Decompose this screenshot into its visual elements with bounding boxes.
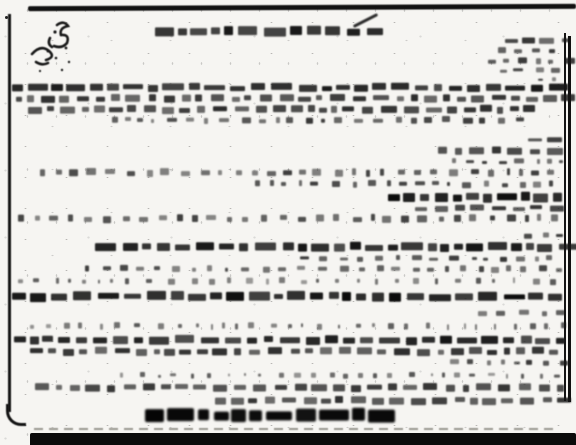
word-blob: [288, 324, 292, 328]
word-blob: [464, 107, 475, 112]
word-blob: [520, 266, 527, 272]
word-blob: [440, 336, 452, 345]
word-blob: [207, 373, 211, 377]
word-blob: [311, 244, 329, 251]
word-blob: [492, 279, 495, 283]
word-blob: [16, 96, 22, 102]
word-blob: [526, 360, 532, 365]
word-blob: [430, 169, 437, 175]
word-blob: [120, 265, 128, 271]
word-blob: [332, 181, 339, 187]
word-blob: [455, 148, 462, 155]
word-blob: [297, 266, 306, 270]
word-blob: [528, 138, 542, 141]
word-blob: [244, 373, 246, 377]
word-blob: [479, 266, 483, 272]
word-blob: [316, 95, 323, 100]
word-blob: [318, 267, 327, 271]
word-blob: [449, 256, 458, 261]
word-blob: [287, 291, 305, 300]
word-blob: [488, 170, 494, 177]
word-blob: [382, 216, 391, 224]
word-blob: [192, 279, 198, 284]
word-blob: [147, 291, 166, 299]
word-blob: [47, 106, 54, 111]
word-blob: [264, 27, 286, 37]
word-blob: [525, 215, 529, 222]
word-blob: [530, 323, 536, 329]
word-blob: [30, 293, 47, 303]
word-blob: [311, 385, 327, 391]
word-blob: [296, 409, 316, 422]
word-blob: [483, 258, 488, 261]
word-blob: [84, 217, 92, 222]
word-blob: [357, 347, 372, 355]
word-blob: [334, 243, 345, 252]
word-blob: [301, 280, 307, 284]
word-blob: [181, 171, 190, 176]
word-blob: [212, 348, 227, 355]
word-blob: [543, 95, 557, 103]
word-blob: [295, 384, 307, 390]
word-blob: [521, 374, 524, 379]
word-blob: [371, 214, 375, 220]
word-blob: [79, 349, 87, 355]
word-blob: [434, 84, 442, 91]
word-blob: [540, 374, 542, 379]
word-blob: [219, 118, 229, 122]
word-blob: [427, 267, 434, 272]
word-blob: [76, 337, 87, 343]
word-blob: [391, 267, 400, 271]
word-blob: [66, 84, 85, 90]
letterhead-line: [498, 48, 566, 54]
word-blob: [248, 398, 257, 404]
word-blob: [449, 86, 462, 91]
word-blob: [548, 294, 562, 301]
word-blob: [445, 266, 449, 272]
word-blob: [506, 373, 508, 378]
word-blob: [98, 279, 101, 283]
word-blob: [494, 324, 496, 330]
word-blob: [556, 268, 562, 272]
word-blob: [109, 107, 123, 113]
word-blob: [507, 215, 516, 221]
text-line: [30, 348, 556, 355]
word-blob: [162, 107, 174, 114]
word-blob: [179, 350, 191, 355]
word-blob: [311, 373, 316, 378]
word-blob: [312, 169, 321, 176]
word-blob: [56, 385, 62, 391]
word-blob: [543, 232, 549, 237]
word-blob: [426, 107, 442, 112]
word-blob: [342, 106, 354, 112]
word-blob: [191, 374, 194, 379]
word-blob: [279, 373, 284, 378]
signature-script-line: [145, 409, 390, 422]
word-blob: [455, 293, 473, 300]
word-blob: [373, 374, 378, 378]
word-blob: [353, 96, 366, 102]
word-blob: [403, 384, 417, 390]
word-blob: [549, 49, 555, 53]
word-blob: [196, 323, 199, 327]
word-blob: [414, 170, 422, 176]
word-blob: [273, 105, 286, 112]
word-blob: [275, 384, 288, 390]
word-blob: [544, 323, 547, 329]
word-blob: [70, 385, 80, 391]
word-blob: [305, 348, 313, 353]
word-blob: [514, 49, 523, 53]
word-blob: [556, 338, 565, 344]
text-line: [35, 384, 565, 391]
word-blob: [359, 267, 365, 271]
word-blob: [368, 180, 376, 185]
word-blob: [449, 169, 459, 176]
word-blob: [360, 337, 373, 344]
word-blob: [435, 206, 448, 212]
word-blob: [125, 95, 140, 102]
word-blob: [159, 215, 167, 220]
word-blob: [546, 255, 552, 260]
word-blob: [171, 291, 184, 300]
word-blob: [136, 349, 147, 355]
word-blob: [519, 169, 523, 176]
word-blob: [455, 205, 465, 211]
word-blob: [274, 294, 283, 300]
word-blob: [488, 372, 495, 376]
word-blob: [503, 337, 514, 344]
word-blob: [492, 95, 507, 100]
word-blob: [397, 96, 404, 101]
word-blob: [246, 278, 252, 284]
word-blob: [471, 169, 479, 174]
word-blob: [469, 347, 481, 353]
word-blob: [211, 28, 220, 35]
word-blob: [389, 293, 401, 302]
word-blob: [253, 384, 266, 392]
word-blob: [409, 372, 415, 377]
word-blob: [35, 383, 49, 390]
word-blob: [230, 86, 244, 92]
word-blob: [259, 119, 266, 123]
word-blob: [93, 338, 107, 344]
word-blob: [134, 323, 141, 328]
word-blob: [161, 384, 171, 389]
word-blob: [415, 207, 427, 212]
word-blob: [531, 84, 544, 92]
word-blob: [190, 28, 206, 35]
word-blob: [256, 106, 267, 112]
text-line: [215, 397, 561, 404]
word-blob: [151, 119, 154, 123]
word-blob: [227, 217, 232, 222]
word-blob: [373, 119, 383, 123]
word-blob: [167, 118, 177, 122]
word-blob: [100, 324, 104, 329]
word-blob: [125, 278, 129, 284]
word-blob: [278, 267, 286, 272]
text-line: [16, 95, 568, 102]
word-blob: [231, 397, 244, 405]
word-blob: [175, 245, 191, 250]
word-blob: [113, 336, 128, 343]
word-blob: [59, 96, 69, 102]
word-blob: [543, 397, 552, 403]
word-blob: [255, 180, 260, 186]
word-blob: [365, 245, 383, 252]
scan-artifact-dot: [5, 16, 8, 19]
word-blob: [516, 117, 525, 121]
word-blob: [316, 215, 324, 221]
word-blob: [516, 256, 524, 261]
word-blob: [94, 105, 105, 112]
word-blob: [290, 26, 302, 34]
word-blob: [42, 335, 54, 342]
text-line: [478, 311, 568, 316]
word-blob: [333, 214, 340, 222]
word-blob: [35, 215, 40, 221]
text-line: [14, 336, 570, 344]
word-blob: [214, 411, 228, 420]
word-blob: [265, 397, 275, 404]
header-script-line: [155, 27, 371, 36]
letterhead-line: [488, 58, 568, 64]
word-blob: [111, 94, 120, 101]
word-blob: [422, 336, 435, 343]
word-blob: [549, 84, 568, 90]
word-blob: [209, 279, 215, 284]
word-blob: [90, 84, 104, 90]
word-blob: [279, 277, 285, 282]
text-line: [255, 181, 561, 187]
word-blob: [467, 359, 474, 364]
text-line: [415, 205, 565, 211]
word-blob: [520, 398, 534, 405]
word-blob: [537, 244, 552, 252]
word-blob: [280, 338, 301, 343]
word-blob: [198, 410, 209, 421]
word-blob: [375, 255, 383, 260]
word-blob: [490, 215, 496, 220]
word-blob: [68, 279, 71, 284]
word-blob: [504, 294, 525, 300]
word-blob: [251, 83, 264, 90]
word-blob: [291, 349, 300, 354]
word-blob: [533, 182, 541, 187]
word-blob: [270, 180, 274, 185]
word-blob: [466, 193, 479, 200]
word-blob: [56, 278, 59, 283]
word-blob: [281, 182, 285, 186]
word-blob: [497, 193, 517, 200]
word-blob: [146, 279, 152, 284]
word-blob: [476, 278, 481, 283]
word-blob: [342, 292, 351, 301]
word-blob: [513, 277, 515, 283]
word-blob: [471, 96, 484, 102]
word-blob: [249, 350, 260, 355]
word-blob: [206, 215, 216, 221]
word-blob: [41, 96, 55, 103]
word-blob: [501, 359, 505, 364]
word-blob: [486, 84, 501, 90]
word-blob: [124, 384, 136, 390]
word-blob: [319, 108, 327, 113]
text-line: [28, 106, 540, 113]
word-blob: [451, 348, 464, 354]
word-blob: [353, 217, 362, 222]
word-blob: [139, 217, 149, 222]
word-blob: [299, 85, 318, 93]
word-blob: [462, 183, 471, 188]
word-blob: [536, 67, 544, 72]
word-blob: [367, 28, 384, 35]
word-blob: [186, 117, 194, 122]
word-blob: [298, 217, 306, 222]
word-blob: [142, 244, 152, 249]
word-blob: [266, 279, 269, 284]
word-blob: [413, 278, 419, 284]
word-blob: [499, 161, 507, 165]
word-blob: [252, 171, 258, 176]
word-blob: [307, 26, 321, 35]
word-blob: [30, 336, 39, 345]
word-blob: [232, 97, 240, 103]
word-blob: [464, 323, 467, 330]
word-blob: [213, 106, 227, 112]
text-line: [528, 137, 566, 142]
word-blob: [330, 373, 335, 378]
word-blob: [120, 373, 123, 378]
word-blob: [379, 338, 399, 344]
word-blob: [533, 279, 540, 285]
word-blob: [336, 85, 350, 91]
word-blob: [559, 160, 563, 164]
word-blob: [204, 118, 208, 123]
word-blob: [538, 78, 543, 81]
word-blob: [244, 95, 252, 101]
word-blob: [537, 214, 542, 221]
word-blob: [483, 193, 491, 203]
word-blob: [372, 323, 375, 328]
word-blob: [18, 215, 24, 222]
word-blob: [347, 29, 360, 36]
word-blob: [211, 324, 213, 329]
word-blob: [351, 385, 361, 393]
word-blob: [241, 267, 249, 271]
word-blob: [411, 398, 425, 404]
word-blob: [395, 279, 399, 283]
word-blob: [454, 244, 464, 250]
word-blob: [399, 182, 407, 186]
word-blob: [559, 243, 576, 250]
word-blob: [78, 323, 82, 329]
word-blob: [432, 398, 447, 404]
word-blob: [280, 215, 287, 220]
word-blob: [498, 118, 506, 124]
word-blob: [308, 105, 315, 112]
word-blob: [442, 116, 449, 122]
word-blob: [226, 292, 244, 301]
text-line: [18, 215, 564, 222]
word-blob: [264, 336, 274, 343]
word-blob: [282, 397, 297, 402]
word-blob: [330, 94, 344, 102]
word-blob: [317, 324, 322, 329]
word-blob: [14, 336, 26, 342]
word-blob: [27, 95, 34, 102]
word-blob: [69, 170, 79, 176]
word-blob: [286, 117, 293, 123]
text-line: [120, 373, 570, 378]
word-blob: [530, 149, 540, 155]
word-blob: [556, 234, 562, 237]
scan-border-top: [28, 4, 576, 11]
word-blob: [500, 257, 507, 262]
text-line: [40, 169, 566, 176]
word-blob: [154, 266, 160, 270]
word-blob: [280, 95, 294, 101]
word-blob: [522, 38, 534, 43]
word-blob: [362, 107, 373, 114]
word-blob: [435, 193, 447, 202]
word-blob: [114, 322, 119, 328]
word-blob: [403, 193, 415, 201]
word-blob: [340, 257, 347, 261]
word-blob: [207, 266, 212, 271]
word-blob: [18, 279, 23, 284]
word-blob: [158, 323, 164, 329]
word-blob: [195, 95, 202, 101]
word-blob: [30, 324, 34, 329]
word-blob: [321, 399, 331, 404]
word-blob: [51, 294, 67, 300]
word-blob: [335, 279, 339, 283]
word-blob: [513, 68, 523, 71]
word-blob: [453, 195, 462, 202]
word-blob: [469, 214, 477, 221]
word-blob: [143, 384, 156, 391]
word-blob: [177, 214, 183, 221]
word-blob: [377, 349, 386, 354]
word-blob: [484, 181, 489, 186]
word-blob: [492, 206, 506, 211]
word-blob: [197, 106, 205, 112]
word-blob: [175, 335, 194, 343]
word-blob: [164, 349, 176, 355]
word-blob: [351, 396, 367, 402]
word-blob: [162, 83, 184, 90]
word-blob: [457, 338, 478, 344]
word-blob: [450, 359, 459, 363]
word-blob: [439, 217, 445, 222]
scan-border-right-outer: [568, 36, 571, 402]
word-blob: [454, 372, 460, 377]
word-blob: [215, 398, 226, 404]
word-blob: [358, 373, 362, 377]
word-blob: [283, 170, 292, 175]
word-blob: [267, 171, 276, 176]
word-blob: [438, 349, 444, 355]
text-line: [30, 323, 570, 329]
word-blob: [539, 38, 554, 44]
text-line: [12, 292, 570, 301]
word-blob: [299, 180, 302, 186]
word-blob: [28, 84, 48, 91]
